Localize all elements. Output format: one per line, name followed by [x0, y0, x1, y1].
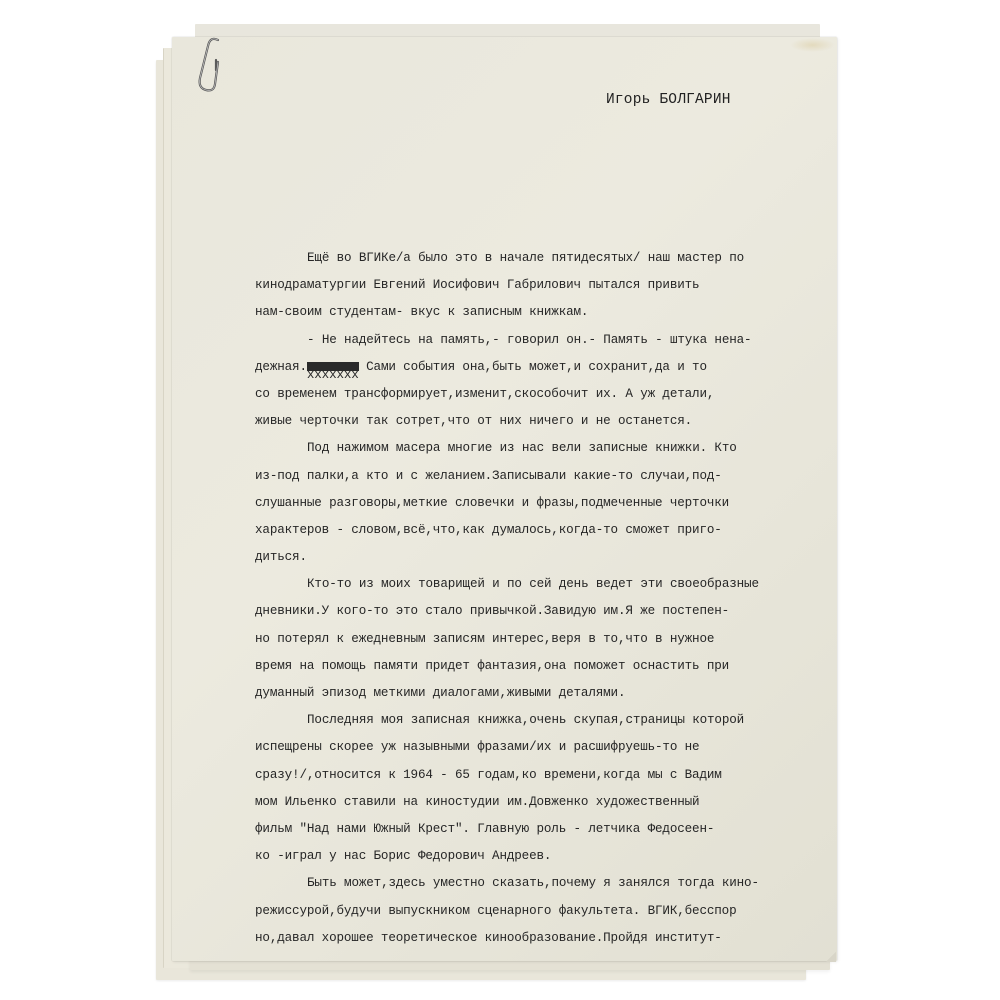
text-line: время на помощь памяти придет фантазия,о…: [255, 653, 847, 680]
text-line: дежная.ххххххх Сами события она,быть мож…: [255, 354, 847, 381]
text-line: диться.: [255, 544, 847, 571]
text-line: режиссурой,будучи выпускником сценарного…: [255, 898, 847, 925]
paper-stain: [790, 38, 835, 52]
text-line: характеров - словом,всё,что,как думалось…: [255, 517, 847, 544]
text-line: слушанные разговоры,меткие словечки и фр…: [255, 490, 847, 517]
author-name: Игорь БОЛГАРИН: [606, 92, 731, 108]
text-line: Под нажимом масера многие из нас вели за…: [307, 435, 847, 462]
text-line: со временем трансформирует,изменит,скосо…: [255, 381, 847, 408]
text-line: живые черточки так сотрет,что от них нич…: [255, 408, 847, 435]
corner-fold: [826, 952, 836, 962]
text-line: Ещё во ВГИКе/а было это в начале пятидес…: [307, 245, 847, 272]
text-line: Последняя моя записная книжка,очень скуп…: [307, 707, 847, 734]
text-line: ко -играл у нас Борис Федорович Андреев.: [255, 843, 847, 870]
overstruck-text: ххххххх: [307, 362, 359, 371]
text-line: Кто-то из моих товарищей и по сей день в…: [307, 571, 847, 598]
text-line: нам-своим студентам- вкус к записным кни…: [255, 299, 847, 326]
text-line: фильм "Над нами Южный Крест". Главную ро…: [255, 816, 847, 843]
text-line: кинодраматургии Евгений Иосифович Габрил…: [255, 272, 847, 299]
text-line: мом Ильенко ставили на киностудии им.Дов…: [255, 789, 847, 816]
text-line: думанный эпизод меткими диалогами,живыми…: [255, 680, 847, 707]
text-line: испещрены скорее уж назывными фразами/их…: [255, 734, 847, 761]
text-line: но потерял к ежедневным записям интерес,…: [255, 626, 847, 653]
document-body: Ещё во ВГИКе/а было это в начале пятидес…: [307, 245, 847, 952]
text-line: - Не надейтесь на память,- говорил он.- …: [307, 327, 847, 354]
text-line: но,давал хорошее теоретическое кинообраз…: [255, 925, 847, 952]
text-line: дневники.У кого-то это стало привычкой.З…: [255, 598, 847, 625]
text-line: сразу!/,относится к 1964 - 65 годам,ко в…: [255, 762, 847, 789]
text-line: Быть может,здесь уместно сказать,почему …: [307, 870, 847, 897]
paperclip-icon: [196, 34, 222, 96]
text-line: из-под палки,а кто и с желанием.Записыва…: [255, 463, 847, 490]
